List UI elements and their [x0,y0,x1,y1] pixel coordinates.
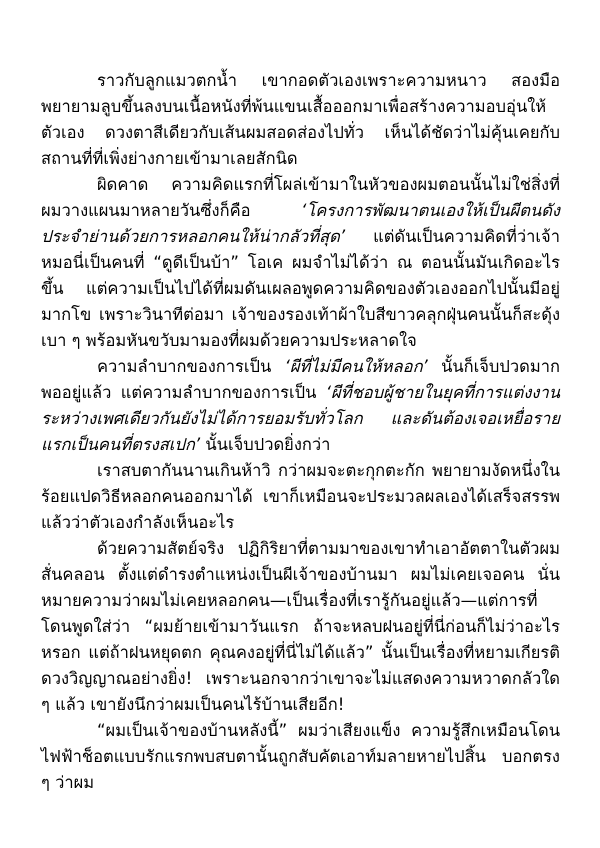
text-run: ความลำบากของการเป็น [97,357,285,376]
text-run: นั้นเจ็บปวดยิ่งกว่า [200,435,330,454]
text-run: “ผมเป็นเจ้าของบ้านหลังนี้” ผมว่าเสียงแข็… [41,721,560,792]
paragraph-1: ราวกับลูกแมวตกน้ำ เขากอดตัวเองเพราะความห… [41,68,560,172]
paragraph-3: ความลำบากของการเป็น ‘ผีที่ไม่มีคนให้หลอก… [41,354,560,458]
paragraph-6: “ผมเป็นเจ้าของบ้านหลังนี้” ผมว่าเสียงแข็… [41,718,560,796]
book-page: ราวกับลูกแมวตกน้ำ เขากอดตัวเองเพราะความห… [0,0,600,848]
italic-text-run: ‘ผีที่ไม่มีคนให้หลอก’ [285,357,428,376]
text-run: ราวกับลูกแมวตกน้ำ เขากอดตัวเองเพราะความห… [41,71,560,168]
paragraph-4: เราสบตากันนานเกินห้าวิ กว่าผมจะตะกุกตะกั… [41,458,560,536]
paragraph-2: ผิดคาด ความคิดแรกที่โผล่เข้ามาในหัวของผม… [41,172,560,354]
paragraph-5: ด้วยความสัตย์จริง ปฏิกิริยาที่ตามมาของเข… [41,536,560,718]
text-run: เราสบตากันนานเกินห้าวิ กว่าผมจะตะกุกตะกั… [41,461,560,532]
text-page: ราวกับลูกแมวตกน้ำ เขากอดตัวเองเพราะความห… [41,68,560,796]
text-run: ด้วยความสัตย์จริง ปฏิกิริยาที่ตามมาของเข… [41,539,560,714]
